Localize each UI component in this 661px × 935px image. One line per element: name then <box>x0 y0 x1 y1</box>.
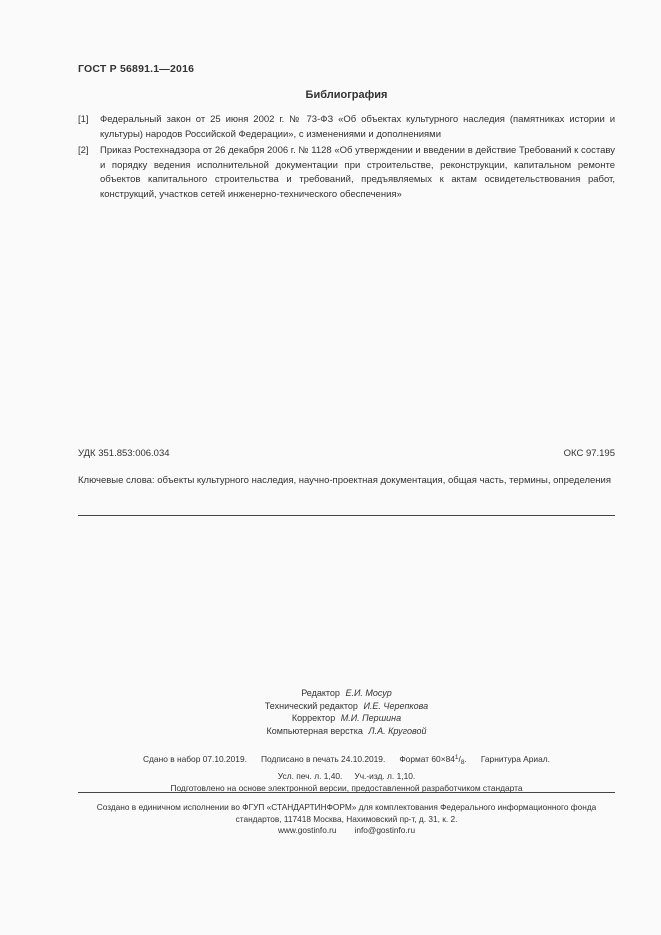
credit-line: Корректор М.И. Першина <box>78 712 615 725</box>
udk-code: УДК 351.853:006.034 <box>78 448 170 459</box>
bibliography-list: [1] Федеральный закон от 25 июня 2002 г.… <box>78 113 615 205</box>
horizontal-rule <box>78 515 615 516</box>
oks-code: ОКС 97.195 <box>564 448 615 459</box>
imprint-line-1: Сдано в набор 07.10.2019.Подписано в печ… <box>78 752 615 770</box>
credit-name: Е.И. Мосур <box>345 688 391 698</box>
credit-line: Редактор Е.И. Мосур <box>78 687 615 700</box>
publisher-email: info@gostinfo.ru <box>355 825 416 835</box>
imprint-line-2: Усл. печ. л. 1,40.Уч.-изд. л. 1,10. <box>78 770 615 783</box>
horizontal-rule <box>78 792 615 793</box>
printed-sheets: Усл. печ. л. 1,40. <box>278 771 343 781</box>
issue-note: Создано в единичном исполнении во ФГУП «… <box>78 802 615 825</box>
credit-role: Редактор <box>301 688 340 698</box>
credit-name: М.И. Першина <box>341 713 401 723</box>
credit-role: Технический редактор <box>265 701 358 711</box>
credits-block: Редактор Е.И. Мосур Технический редактор… <box>78 687 615 737</box>
credit-name: И.Е. Черепкова <box>363 701 428 711</box>
credit-name: Л.А. Круговой <box>368 726 426 736</box>
publisher-website: www.gostinfo.ru <box>278 825 337 835</box>
keywords-text: Ключевые слова: объекты культурного насл… <box>78 473 615 488</box>
publisher-sheets: Уч.-изд. л. 1,10. <box>354 771 415 781</box>
paper-format: Формат 60×841/8. <box>399 754 467 764</box>
set-in-type-date: Сдано в набор 07.10.2019. <box>143 754 247 764</box>
bib-ref-number: [1] <box>78 113 100 142</box>
bib-entry-text: Федеральный закон от 25 июня 2002 г. № 7… <box>100 113 615 142</box>
credit-role: Корректор <box>292 713 335 723</box>
bib-ref-number: [2] <box>78 144 100 202</box>
credit-line: Компьютерная верстка Л.А. Круговой <box>78 725 615 738</box>
standard-number: ГОСТ Р 56891.1—2016 <box>78 63 615 75</box>
imprint-block: Сдано в набор 07.10.2019.Подписано в печ… <box>78 752 615 795</box>
section-title: Библиография <box>78 89 615 101</box>
typeface-name: Гарнитура Ариал. <box>481 754 550 764</box>
credit-line: Технический редактор И.Е. Черепкова <box>78 700 615 713</box>
contacts-line: www.gostinfo.ruinfo@gostinfo.ru <box>78 825 615 837</box>
bib-entry-text: Приказ Ростехнадзора от 26 декабря 2006 … <box>100 144 615 202</box>
bibliography-entry: [1] Федеральный закон от 25 июня 2002 г.… <box>78 113 615 142</box>
publisher-footer: Создано в единичном исполнении во ФГУП «… <box>78 802 615 837</box>
document-page: ГОСТ Р 56891.1—2016 Библиография [1] Фед… <box>0 0 661 935</box>
classification-row: УДК 351.853:006.034 ОКС 97.195 <box>78 448 615 459</box>
bibliography-entry: [2] Приказ Ростехнадзора от 26 декабря 2… <box>78 144 615 202</box>
signed-to-print-date: Подписано в печать 24.10.2019. <box>261 754 385 764</box>
credit-role: Компьютерная верстка <box>267 726 363 736</box>
